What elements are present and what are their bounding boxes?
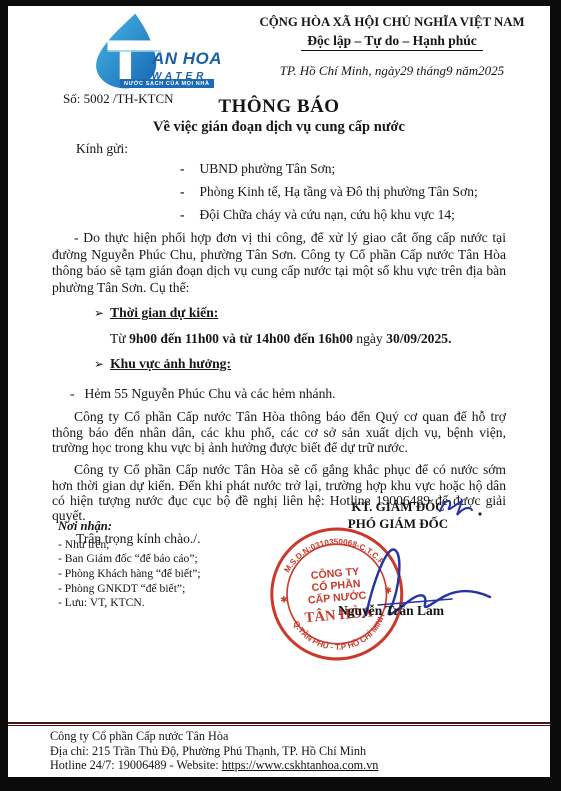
heading-time-text: Thời gian dự kiến: (110, 305, 218, 320)
stamp-star-left: ✱ (280, 594, 288, 605)
distribution-item: - Phòng Khách hàng “để biết”; (58, 567, 201, 582)
signature-zone: Nơi nhận: - Như trên; - Ban Giám đốc “để… (8, 491, 550, 743)
dash-bullet: - (180, 184, 185, 199)
national-title: CỘNG HÒA XÃ HỘI CHỦ NGHĨA VIỆT NAM (236, 15, 548, 30)
dash-bullet: - (70, 386, 75, 401)
handwritten-signature (360, 539, 500, 634)
paragraph-notify: Công ty Cổ phần Cấp nước Tân Hòa thông b… (52, 409, 506, 455)
affected-area-text: Hẻm 55 Nguyễn Phúc Chu và các hẻm nhánh. (85, 386, 336, 401)
national-header: CỘNG HÒA XÃ HỘI CHỦ NGHĨA VIỆT NAM Độc l… (236, 15, 548, 79)
recipient-text: Đội Chữa cháy và cứu nạn, cứu hộ khu vực… (200, 207, 455, 222)
national-motto: Độc lập – Tự do – Hạnh phúc (301, 32, 483, 52)
distribution-item: - Như trên; (58, 538, 201, 553)
document-body: THÔNG BÁO Về việc gián đoạn dịch vụ cung… (8, 96, 550, 547)
distribution-label: Nơi nhận: (58, 519, 201, 535)
logo-name-text: AN HOA (152, 50, 222, 67)
signer-name: Nguyễn Trần Lam (296, 603, 486, 619)
footer-contact-line: Hotline 24/7: 19006489 - Website: https:… (50, 758, 550, 773)
place-date-line: TP. Hồ Chí Minh, ngày29 tháng9 năm2025 (236, 64, 548, 79)
page-footer: Công ty Cổ phần Cấp nước Tân Hòa Địa chỉ… (8, 722, 550, 777)
document-page: AN HOA WATER NƯỚC SẠCH CỦA MỌI NHÀ Số: 5… (8, 6, 550, 777)
footer-website-link[interactable]: https://www.cskhtanhoa.com.vn (222, 758, 379, 772)
scanned-page-frame: AN HOA WATER NƯỚC SẠCH CỦA MỌI NHÀ Số: 5… (0, 0, 561, 791)
heading-area: ➢Khu vực ảnh hưởng: (94, 356, 550, 372)
time-mid: ngày (353, 331, 386, 346)
dash-bullet: - (180, 161, 185, 176)
time-range: 9h00 đến 11h00 và từ 14h00 đến 16h00 (129, 331, 353, 346)
time-detail-line: Từ 9h00 đến 11h00 và từ 14h00 đến 16h00 … (110, 331, 550, 347)
paragraph-intro: - Do thực hiện phối hợp đơn vị thi công,… (52, 230, 506, 296)
time-date: 30/09/2025. (386, 331, 451, 346)
footer-text: Công ty Cổ phần Cấp nước Tân Hòa Địa chỉ… (8, 729, 550, 777)
footer-hotline: Hotline 24/7: 19006489 - Website: (50, 758, 222, 772)
arrow-bullet-icon: ➢ (94, 357, 104, 371)
footer-rule (8, 722, 550, 725)
distribution-item: - Ban Giám đốc “để báo cáo”; (58, 552, 201, 567)
document-title: THÔNG BÁO (8, 96, 550, 118)
pen-initial-mark (436, 493, 484, 521)
distribution-list: Nơi nhận: - Như trên; - Ban Giám đốc “để… (58, 519, 201, 611)
recipient-text: UBND phường Tân Sơn; (200, 161, 336, 176)
time-prefix: Từ (110, 331, 129, 346)
logo-tagline: NƯỚC SẠCH CỦA MỌI NHÀ (120, 79, 214, 88)
recipient-item: -Phòng Kinh tế, Hạ tầng và Đô thị phường… (180, 184, 550, 200)
salutation: Kính gửi: (76, 141, 550, 157)
heading-time: ➢Thời gian dự kiến: (94, 305, 550, 321)
recipient-list: -UBND phường Tân Sơn; -Phòng Kinh tế, Hạ… (180, 161, 550, 223)
arrow-bullet-icon: ➢ (94, 306, 104, 320)
footer-rule-thin (8, 725, 550, 726)
footer-company-name: Công ty Cổ phần Cấp nước Tân Hòa (50, 729, 550, 744)
document-subtitle: Về việc gián đoạn dịch vụ cung cấp nước (8, 119, 550, 136)
company-logo: AN HOA WATER NƯỚC SẠCH CỦA MỌI NHÀ (88, 10, 248, 92)
recipient-item: -UBND phường Tân Sơn; (180, 161, 550, 177)
distribution-item: - Lưu: VT, KTCN. (58, 596, 201, 611)
dash-bullet: - (180, 207, 185, 222)
recipient-text: Phòng Kinh tế, Hạ tầng và Đô thị phường … (200, 184, 478, 199)
recipient-item: -Đội Chữa cháy và cứu nạn, cứu hộ khu vự… (180, 207, 550, 223)
footer-address: Địa chỉ: 215 Trần Thủ Độ, Phường Phú Thạ… (50, 744, 550, 759)
heading-area-text: Khu vực ảnh hưởng: (110, 356, 231, 371)
affected-area-item: -Hẻm 55 Nguyễn Phúc Chu và các hẻm nhánh… (70, 386, 550, 402)
distribution-item: - Phòng GNKDT “để biết”; (58, 582, 201, 597)
